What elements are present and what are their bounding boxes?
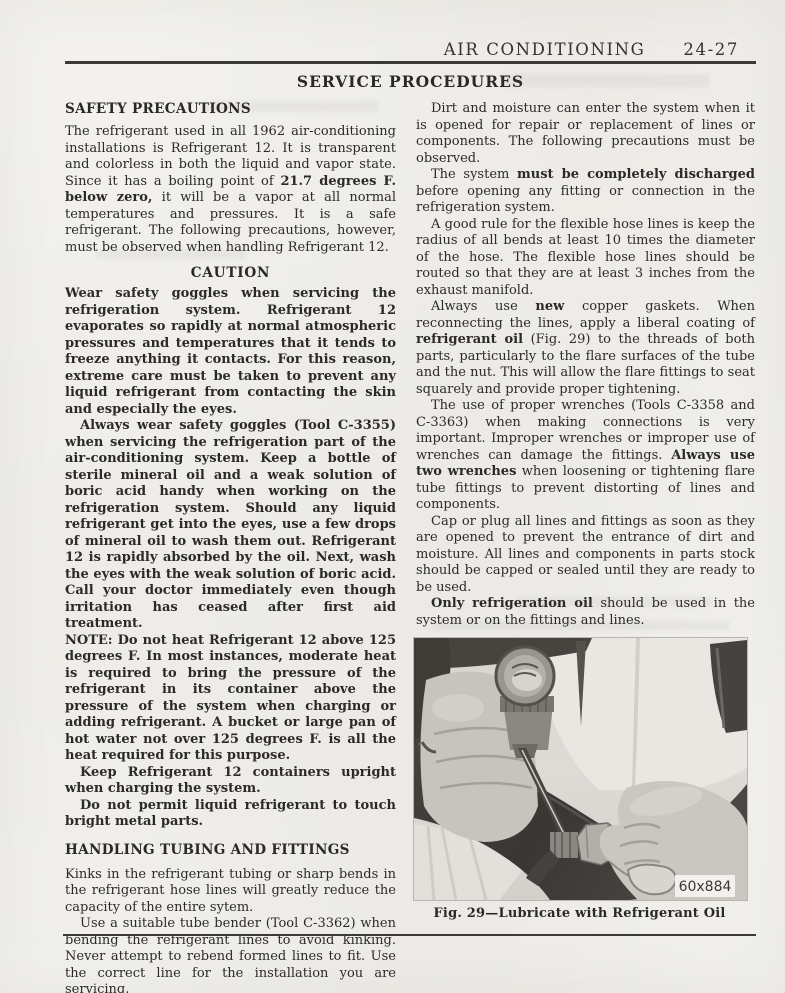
paragraph-hose-rule: A good rule for the flexible hose lines … xyxy=(416,217,755,300)
page-title: SERVICE PROCEDURES xyxy=(65,72,756,91)
paragraph-discharge: The system must be completely discharged… xyxy=(416,167,755,217)
paragraph-keep-upright: Keep Refrigerant 12 containers upright w… xyxy=(65,765,396,798)
left-column: SAFETY PRECAUTIONS The refrigerant used … xyxy=(65,101,396,993)
paragraph-dirt-moisture: Dirt and moisture can enter the system w… xyxy=(416,101,755,167)
running-head: AIR CONDITIONING24-27 xyxy=(444,40,739,59)
paragraph-note-heat: NOTE: Do not heat Refrigerant 12 above 1… xyxy=(65,633,396,765)
footer-rule xyxy=(63,934,756,936)
heading-safety-precautions: SAFETY PRECAUTIONS xyxy=(65,101,396,117)
photo-label-text: 60x884 xyxy=(679,879,732,895)
paragraph-tube-bender: Use a suitable tube bender (Tool C-3362)… xyxy=(65,916,396,993)
paragraph-refrigeration-oil: Only refrigeration oil should be used in… xyxy=(416,596,755,629)
right-column: Dirt and moisture can enter the system w… xyxy=(416,101,755,629)
header-rule xyxy=(65,61,756,64)
heading-handling-tubing: HANDLING TUBING AND FITTINGS xyxy=(65,842,396,858)
paragraph-bright-metal: Do not permit liquid refrigerant to touc… xyxy=(65,798,396,831)
paragraph-copper-gaskets: Always use new copper gaskets. When reco… xyxy=(416,299,755,398)
figure-caption: Fig. 29—Lubricate with Refrigerant Oil xyxy=(413,906,746,921)
paragraph-refrigerant-intro: The refrigerant used in all 1962 air-con… xyxy=(65,124,396,256)
figure-29: 60x884 Fig. 29—Lubricate with Refrigeran… xyxy=(413,637,746,921)
paragraph-proper-wrenches: The use of proper wrenches (Tools C-3358… xyxy=(416,398,755,514)
heading-caution: CAUTION xyxy=(65,265,396,281)
paragraph-safety-goggles: Always wear safety goggles (Tool C-3355)… xyxy=(65,418,396,633)
running-head-page-number: 24-27 xyxy=(683,40,739,59)
paragraph-kinks: Kinks in the refrigerant tubing or sharp… xyxy=(65,867,396,917)
running-head-section: AIR CONDITIONING xyxy=(444,40,646,59)
figure-photo-lubricate-fitting: 60x884 xyxy=(413,637,748,901)
photo-label: 60x884 xyxy=(675,875,735,897)
paragraph-caution-body: Wear safety goggles when servicing the r… xyxy=(65,286,396,418)
manual-page: AIR CONDITIONING24-27 SERVICE PROCEDURES… xyxy=(0,0,785,993)
paragraph-cap-plug: Cap or plug all lines and fittings as so… xyxy=(416,514,755,597)
